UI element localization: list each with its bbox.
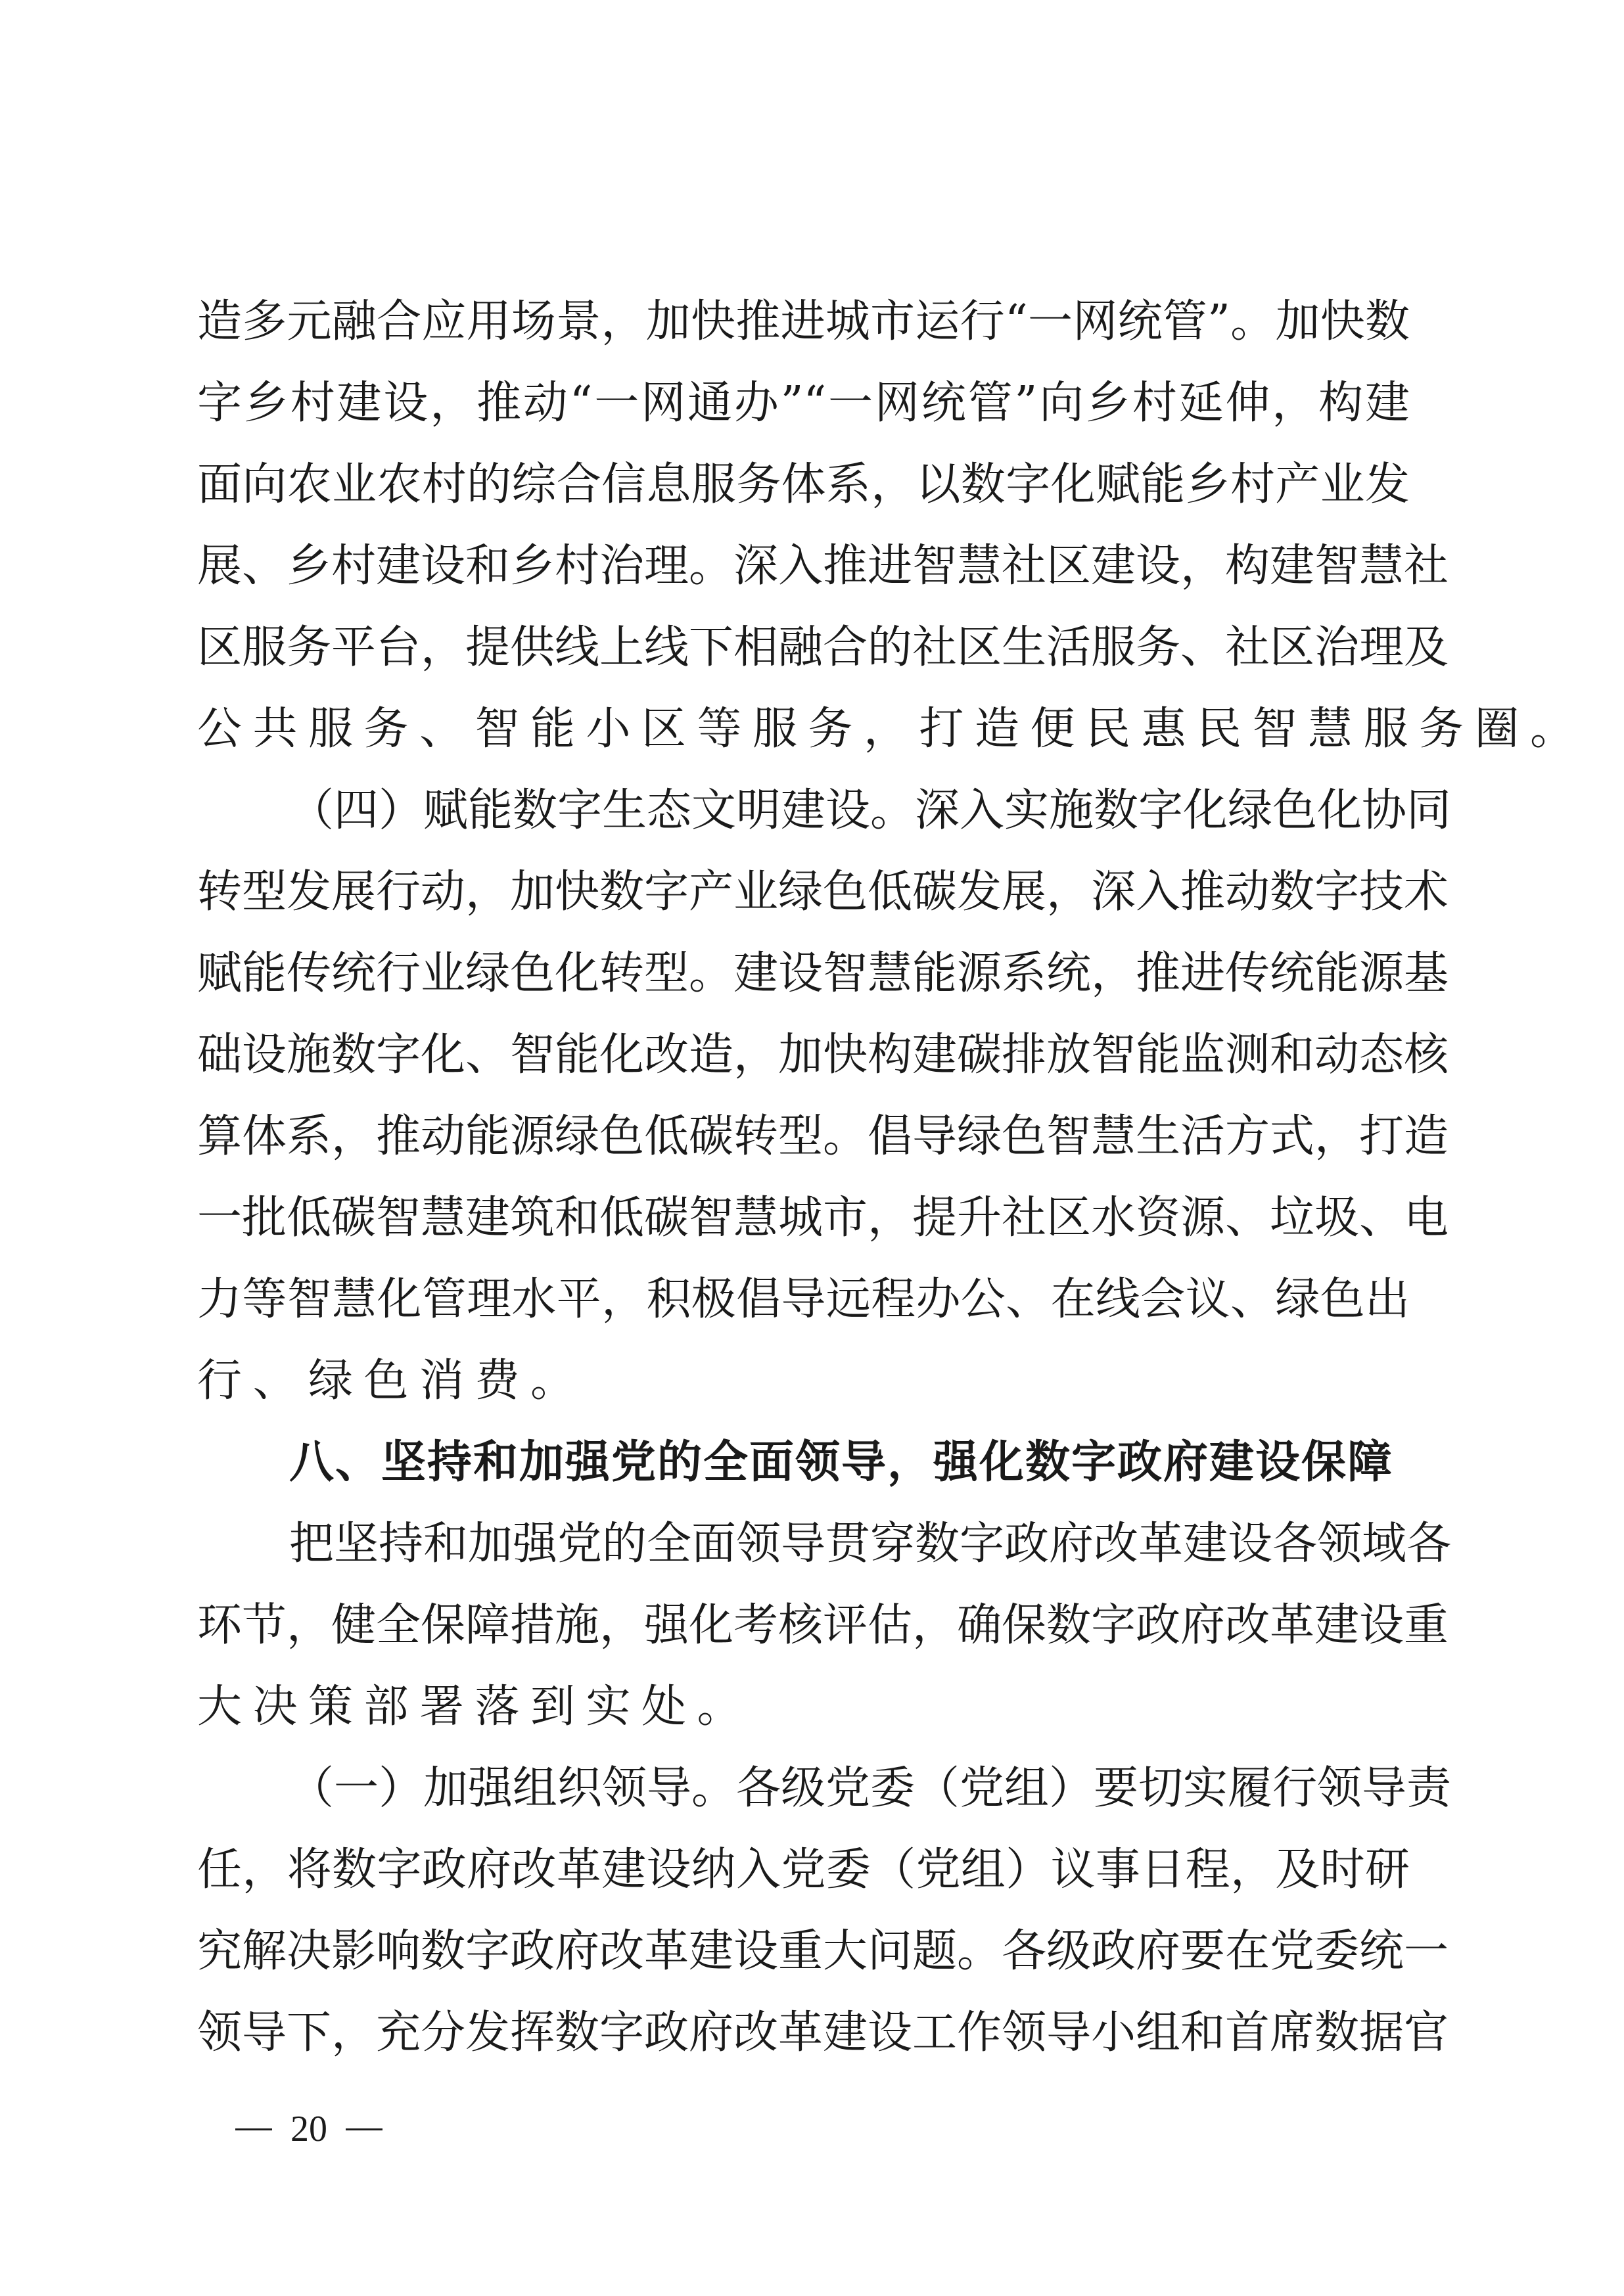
text-line: 任，将数字政府改革建设纳入党委（党组）议事日程，及时研 [197, 1829, 1410, 1911]
text-line: 大决策部署落到实处。 [197, 1666, 1410, 1748]
text-line: 造多元融合应用场景，加快推进城市运行“一网统管”。加快数 [197, 281, 1410, 363]
text-line: 力等智慧化管理水平，积极倡导远程办公、在线会议、绿色出 [197, 1259, 1410, 1341]
section-heading: 八、坚持和加强党的全面领导，强化数字政府建设保障 [197, 1422, 1410, 1504]
dash-right [346, 2128, 383, 2130]
text-line: 字乡村建设，推动“一网通办”“一网统管”向乡村延伸，构建 [197, 363, 1410, 444]
text-line: 环节，健全保障措施，强化考核评估，确保数字政府改革建设重 [197, 1585, 1410, 1666]
text-line: 究解决影响数字政府改革建设重大问题。各级政府要在党委统一 [197, 1911, 1410, 1992]
text-line: 区服务平台，提供线上线下相融合的社区生活服务、社区治理及 [197, 607, 1410, 689]
paragraph-smart-city: 造多元融合应用场景，加快推进城市运行“一网统管”。加快数 字乡村建设，推动“一网… [197, 281, 1410, 770]
section-heading-text: 八、坚持和加强党的全面领导，强化数字政府建设保障 [197, 1422, 1410, 1504]
text-line: 领导下，充分发挥数字政府改革建设工作领导小组和首席数据官 [197, 1992, 1410, 2074]
text-line: 公共服务、智能小区等服务，打造便民惠民智慧服务圈。 [197, 689, 1410, 770]
text-line: 算体系，推动能源绿色低碳转型。倡导绿色智慧生活方式，打造 [197, 1096, 1410, 1178]
text-line: 一批低碳智慧建筑和低碳智慧城市，提升社区水资源、垃圾、电 [197, 1178, 1410, 1259]
text-line: 把坚持和加强党的全面领导贯穿数字政府改革建设各领域各 [197, 1504, 1410, 1585]
paragraph-section-intro: 把坚持和加强党的全面领导贯穿数字政府改革建设各领域各 环节，健全保障措施，强化考… [197, 1504, 1410, 1748]
dash-left [235, 2128, 272, 2130]
text-line: 转型发展行动，加快数字产业绿色低碳发展，深入推动数字技术 [197, 852, 1410, 933]
text-line: 展、乡村建设和乡村治理。深入推进智慧社区建设，构建智慧社 [197, 526, 1410, 607]
text-line: 础设施数字化、智能化改造，加快构建碳排放智能监测和动态核 [197, 1015, 1410, 1096]
document-page: 造多元融合应用场景，加快推进城市运行“一网统管”。加快数 字乡村建设，推动“一网… [0, 0, 1624, 2296]
paragraph-organizational-leadership: （一）加强组织领导。各级党委（党组）要切实履行领导责 任，将数字政府改革建设纳入… [197, 1748, 1410, 2074]
text-line: 面向农业农村的综合信息服务体系，以数字化赋能乡村产业发 [197, 444, 1410, 526]
text-line: 行、绿色消费。 [197, 1341, 1410, 1422]
text-line: （一）加强组织领导。各级党委（党组）要切实履行领导责 [197, 1748, 1410, 1829]
page-number: 20 [217, 2100, 401, 2155]
document-body: 造多元融合应用场景，加快推进城市运行“一网统管”。加快数 字乡村建设，推动“一网… [197, 281, 1410, 2074]
page-number-value: 20 [290, 2103, 327, 2155]
text-line: 赋能传统行业绿色化转型。建设智慧能源系统，推进传统能源基 [197, 933, 1410, 1015]
paragraph-digital-ecology: （四）赋能数字生态文明建设。深入实施数字化绿色化协同 转型发展行动，加快数字产业… [197, 770, 1410, 1422]
text-line: （四）赋能数字生态文明建设。深入实施数字化绿色化协同 [197, 770, 1410, 852]
